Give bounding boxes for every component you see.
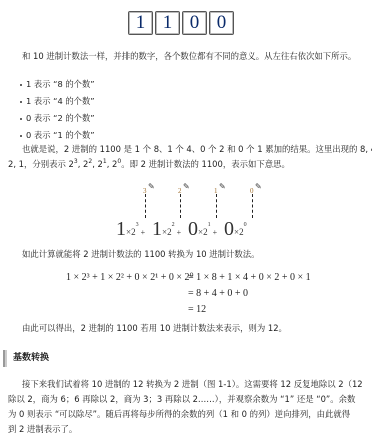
equation-line-3: = 12 — [188, 302, 206, 318]
list-item: 1 表示 “8 的个数” — [20, 76, 95, 93]
bullet-text: 0 表示 “2 的个数” — [26, 110, 95, 127]
body-line-2: 除以 2，商为 6；6 再除以 2，商为 3；3 再除以 2……），并观察余数为… — [8, 393, 366, 406]
pencil-icon: ✎ — [219, 181, 226, 193]
place-value-diagram: 3 ✎ 2 ✎ 1 ✎ 0 ✎ 1×23+ 1×22+ 0×21+ 0×20 — [110, 186, 270, 244]
body-line-1: 接下来我们试着将 10 进制的 12 转换为 2 进制（图 1-1）。这需要将 … — [8, 378, 366, 391]
bullet-icon — [20, 135, 22, 137]
body-line-4: 到 2 进制表示了。 — [8, 423, 366, 436]
explanation-line-1: 也就是说，2 进制的 1100 是 1 个 8、1 个 4、0 个 2 和 0 … — [8, 143, 366, 156]
explanation-line-2: 2, 1，分别表示 23, 22, 21, 20。即 2 进制计数法的 1100… — [8, 158, 366, 171]
digit: 0 — [188, 218, 198, 240]
equation-line-2: = 8 + 4 + 0 + 0 — [188, 286, 248, 302]
bullet-text: 1 表示 “4 的个数” — [26, 93, 95, 110]
pencil-icon: ✎ — [255, 181, 262, 193]
base: 2 — [167, 227, 172, 237]
term: 1×22+ — [152, 214, 183, 245]
bullet-text: 0 表示 “1 的个数” — [26, 127, 95, 144]
bullet-icon — [20, 118, 22, 120]
bullet-list: 1 表示 “8 的个数” 1 表示 “4 的个数” 0 表示 “2 的个数” 0… — [20, 76, 95, 144]
exponent: 2 — [88, 158, 92, 165]
text: 2, 1，分别表示 — [8, 159, 69, 169]
dashed-line — [252, 194, 253, 218]
digit-box: 1 — [155, 11, 180, 35]
text: 。即 2 进制计数法的 1100，表示如下意思。 — [121, 159, 290, 169]
exponent: 0 — [244, 222, 247, 228]
equation-lhs: 1 × 2³ + 1 × 2² + 0 × 2¹ + 0 × 2⁰ — [66, 270, 193, 286]
term: 1×23+ — [116, 214, 147, 245]
digit: 1 — [116, 218, 126, 240]
list-item: 0 表示 “2 的个数” — [20, 110, 95, 127]
digit-box: 1 — [128, 11, 153, 35]
intro-paragraph: 和 10 进制计数法一样，并排的数字，各个数位都有不同的意义。从左往右依次如下所… — [8, 50, 366, 63]
digit: 1 — [152, 218, 162, 240]
plus-sign: + — [213, 228, 218, 237]
bullet-icon — [20, 84, 22, 86]
pencil-icon: ✎ — [148, 181, 155, 193]
convert-paragraph: 如此计算就能将 2 进制计数法的 1100 转换为 10 进制计数法。 — [8, 248, 366, 261]
plus-sign: + — [141, 228, 146, 237]
exponent: 2 — [172, 222, 175, 228]
exponent: 3 — [136, 222, 139, 228]
section-heading: 基数转换 — [3, 350, 49, 367]
digit-box: 0 — [182, 11, 207, 35]
plus-sign: + — [177, 228, 182, 237]
digit: 0 — [224, 218, 234, 240]
exponent: 1 — [103, 158, 107, 165]
conclusion-paragraph: 由此可以得出，2 进制的 1100 若用 10 进制计数法来表示，则为 12。 — [8, 322, 366, 335]
term: 0×21+ — [188, 214, 219, 245]
section-title: 基数转换 — [13, 352, 49, 366]
base: 2 — [239, 227, 244, 237]
body-line-3: 为 0 则表示 “可以除尽”。随后再将每步所得的余数的列（1 和 0 的列）逆向… — [8, 408, 366, 421]
equation-line-1: = 1 × 8 + 1 × 4 + 0 × 2 + 0 × 1 — [188, 270, 311, 286]
exponent: 1 — [208, 222, 211, 228]
digit-box: 0 — [209, 11, 234, 35]
list-item: 1 表示 “4 的个数” — [20, 93, 95, 110]
heading-bar — [3, 350, 7, 367]
binary-digit-boxes: 1 1 0 0 — [128, 11, 234, 35]
term: 0×20 — [224, 214, 247, 245]
list-item: 0 表示 “1 的个数” — [20, 127, 95, 144]
bullet-text: 1 表示 “8 的个数” — [26, 76, 95, 93]
pencil-icon: ✎ — [183, 181, 190, 193]
document-page: 1 1 0 0 和 10 进制计数法一样，并排的数字，各个数位都有不同的意义。从… — [0, 0, 372, 445]
base: 2 — [203, 227, 208, 237]
exponent: 3 — [74, 158, 78, 165]
bullet-icon — [20, 101, 22, 103]
base: 2 — [131, 227, 136, 237]
